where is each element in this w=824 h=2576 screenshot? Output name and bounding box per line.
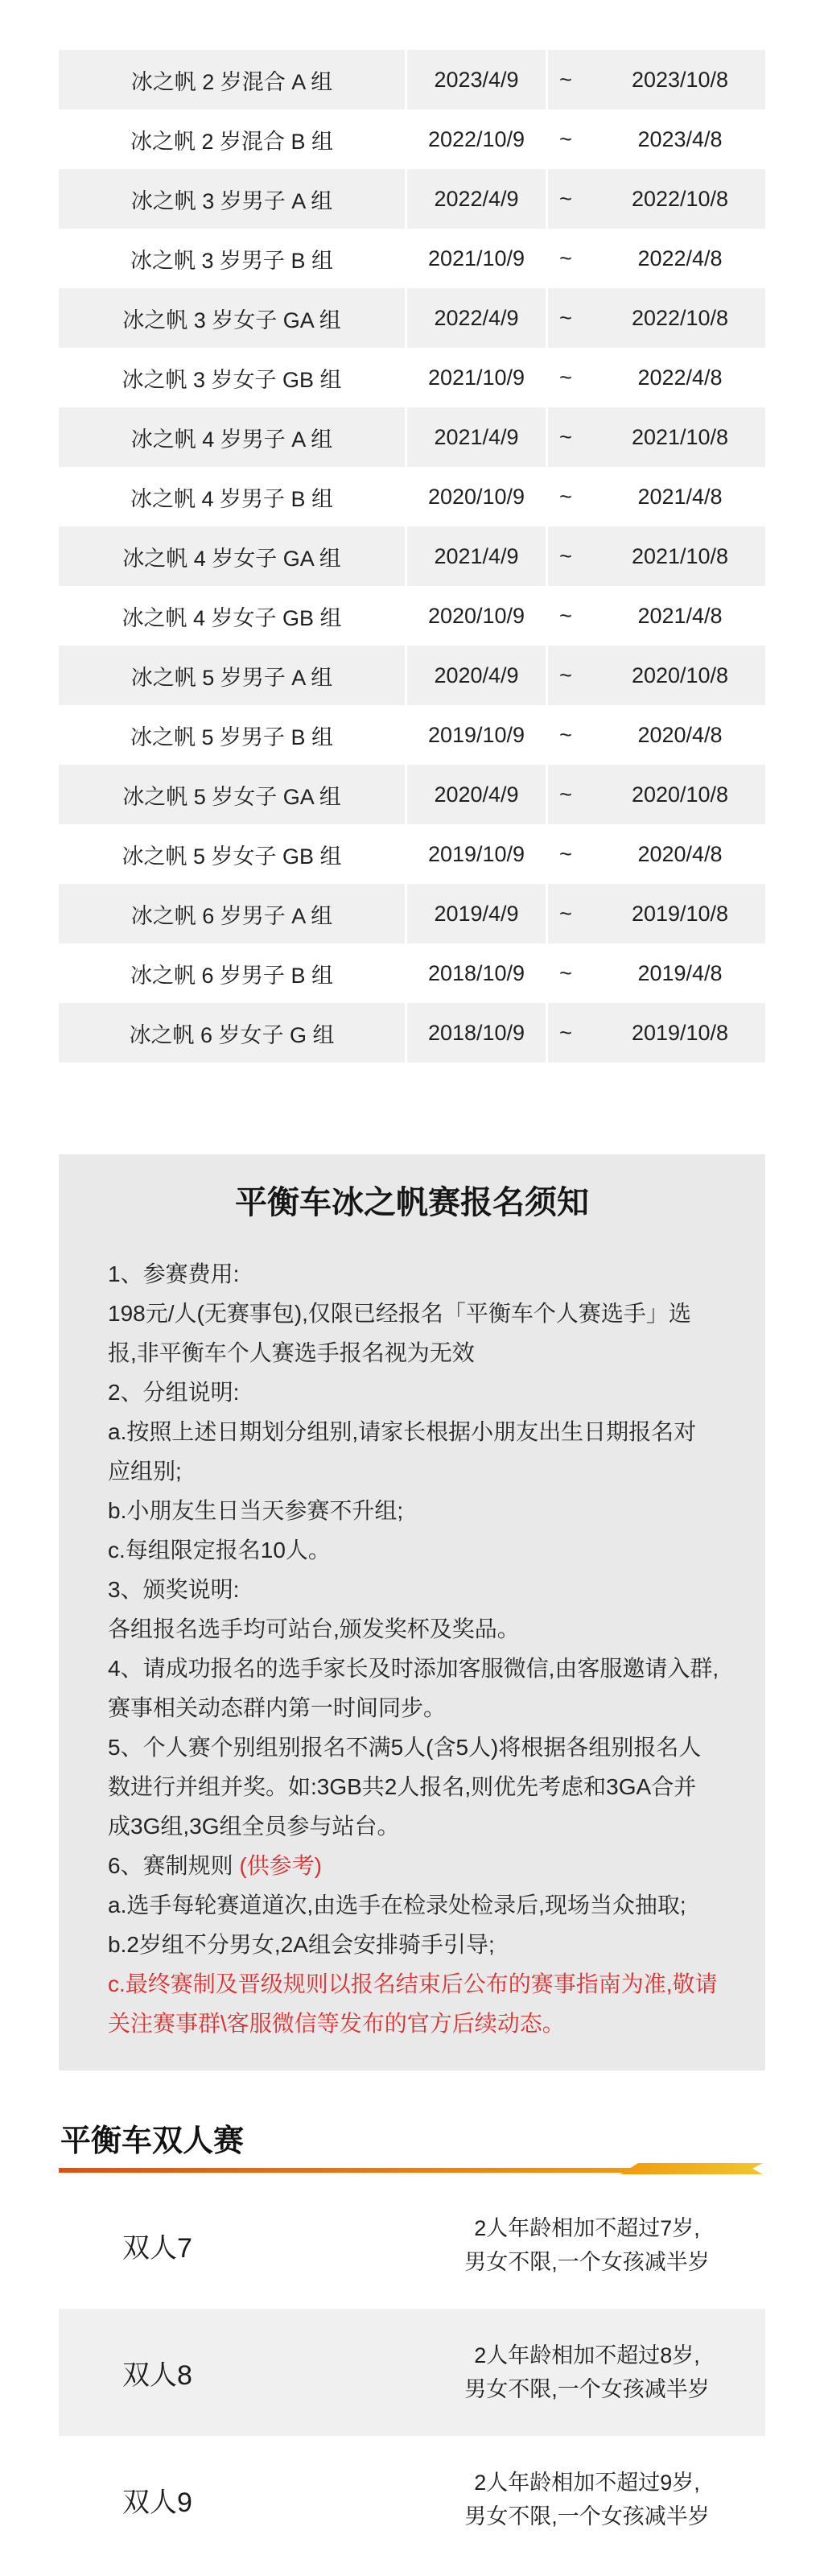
table-row: 冰之帆 3 岁男子 B 组 2021/10/9 ~ 2022/4/8 [59, 229, 765, 288]
date-range-tilde: ~ [548, 586, 583, 646]
notice-line-text: 报,非平衡车个人赛选手报名视为无效 [108, 1340, 475, 1365]
notice-line: 6、赛制规则 (供参考) [108, 1846, 716, 1885]
notice-line-red-text: c.最终赛制及晋级规则以报名结束后公布的赛事指南为准,敬请 [108, 1971, 718, 1996]
table-row: 冰之帆 3 岁女子 GA 组 2022/4/9 ~ 2022/10/8 [59, 288, 765, 348]
notice-line: 成3G组,3G组全员参与站台。 [108, 1806, 716, 1846]
notice-line-text: 数进行并组并奖。如:3GB共2人报名,则优先考虑和3GA合并 [108, 1774, 696, 1799]
notice-line-text: 2、分组说明: [108, 1380, 239, 1405]
notice-line-text: 198元/人(无赛事包),仅限已经报名「平衡车个人赛选手」选 [108, 1301, 691, 1326]
date-range-tilde: ~ [548, 705, 583, 765]
notice-box: 平衡车冰之帆赛报名须知 1、参赛费用:198元/人(无赛事包),仅限已经报名「平… [59, 1154, 765, 2070]
date-range-tilde: ~ [548, 407, 583, 467]
group-name-cell: 冰之帆 5 岁男子 A 组 [59, 646, 407, 705]
notice-line: 198元/人(无赛事包),仅限已经报名「平衡车个人赛选手」选 [108, 1294, 716, 1333]
date-range-tilde: ~ [548, 348, 583, 407]
notice-line-text: b.小朋友生日当天参赛不升组; [108, 1498, 403, 1523]
date-range-tilde: ~ [548, 1003, 583, 1063]
group-name-cell: 冰之帆 6 岁男子 A 组 [59, 884, 407, 943]
pair-race-rule: 2人年龄相加不超过8岁, 男女不限,一个女孩减半岁 [256, 2339, 765, 2406]
group-name-cell: 冰之帆 3 岁男子 A 组 [59, 169, 407, 229]
start-date-cell: 2019/10/9 [407, 705, 548, 765]
group-name-cell: 冰之帆 3 岁女子 GB 组 [59, 348, 407, 407]
start-date-cell: 2023/4/9 [407, 50, 548, 109]
pair-race-row: 双人7 2人年龄相加不超过7岁, 男女不限,一个女孩减半岁 [59, 2182, 765, 2309]
pair-race-rule: 2人年龄相加不超过9岁, 男女不限,一个女孩减半岁 [256, 2466, 765, 2533]
table-row: 冰之帆 5 岁男子 A 组 2020/4/9 ~ 2020/10/8 [59, 646, 765, 705]
start-date-cell: 2021/10/9 [407, 229, 548, 288]
notice-line: 5、个人赛个别组别报名不满5人(含5人)将根据各组别报名人 [108, 1728, 716, 1767]
group-name-cell: 冰之帆 4 岁男子 A 组 [59, 407, 407, 467]
start-date-cell: 2019/4/9 [407, 884, 548, 943]
date-range-tilde: ~ [548, 824, 583, 884]
end-date-cell: 2021/10/8 [583, 407, 765, 467]
notice-line: 4、请成功报名的选手家长及时添加客服微信,由客服邀请入群, [108, 1649, 716, 1688]
start-date-cell: 2022/4/9 [407, 169, 548, 229]
pair-rule-line1: 2人年龄相加不超过9岁, [409, 2466, 765, 2500]
group-name-cell: 冰之帆 5 岁女子 GA 组 [59, 765, 407, 824]
start-date-cell: 2019/10/9 [407, 824, 548, 884]
table-row: 冰之帆 6 岁男子 B 组 2018/10/9 ~ 2019/4/8 [59, 943, 765, 1003]
pairs-section-title: 平衡车双人赛 [60, 2124, 244, 2159]
group-name-cell: 冰之帆 2 岁混合 A 组 [59, 50, 407, 109]
group-name-cell: 冰之帆 3 岁女子 GA 组 [59, 288, 407, 348]
notice-line-text: b.2岁组不分男女,2A组会安排骑手引导; [108, 1932, 495, 1957]
pairs-table: 双人7 2人年龄相加不超过7岁, 男女不限,一个女孩减半岁 双人8 2人年龄相加… [59, 2182, 765, 2563]
table-row: 冰之帆 5 岁男子 B 组 2019/10/9 ~ 2020/4/8 [59, 705, 765, 765]
end-date-cell: 2021/4/8 [583, 467, 765, 526]
end-date-cell: 2020/4/8 [583, 824, 765, 884]
end-date-cell: 2020/4/8 [583, 705, 765, 765]
end-date-cell: 2022/10/8 [583, 288, 765, 348]
date-range-tilde: ~ [548, 229, 583, 288]
date-range-tilde: ~ [548, 646, 583, 705]
page-root: 冰之帆 2 岁混合 A 组 2023/4/9 ~ 2023/10/8 冰之帆 2… [0, 0, 824, 2576]
end-date-cell: 2019/4/8 [583, 943, 765, 1003]
notice-line-text: 1、参赛费用: [108, 1261, 239, 1286]
start-date-cell: 2020/4/9 [407, 646, 548, 705]
table-row: 冰之帆 4 岁男子 A 组 2021/4/9 ~ 2021/10/8 [59, 407, 765, 467]
start-date-cell: 2022/10/9 [407, 109, 548, 169]
group-name-cell: 冰之帆 4 岁女子 GB 组 [59, 586, 407, 646]
start-date-cell: 2021/10/9 [407, 348, 548, 407]
table-row: 冰之帆 5 岁女子 GB 组 2019/10/9 ~ 2020/4/8 [59, 824, 765, 884]
notice-line-text: a.选手每轮赛道道次,由选手在检录处检录后,现场当众抽取; [108, 1893, 686, 1918]
end-date-cell: 2020/10/8 [583, 646, 765, 705]
notice-line-red-text: (供参考) [239, 1853, 322, 1878]
group-name-cell: 冰之帆 5 岁男子 B 组 [59, 705, 407, 765]
age-group-table: 冰之帆 2 岁混合 A 组 2023/4/9 ~ 2023/10/8 冰之帆 2… [59, 50, 765, 1063]
notice-line: 报,非平衡车个人赛选手报名视为无效 [108, 1333, 716, 1373]
notice-line-text: 赛事相关动态群内第一时间同步。 [108, 1695, 446, 1720]
end-date-cell: 2022/4/8 [583, 229, 765, 288]
end-date-cell: 2023/10/8 [583, 50, 765, 109]
notice-line-red-text: 关注赛事群\客服微信等发布的官方后续动态。 [108, 2011, 565, 2036]
table-row: 冰之帆 3 岁男子 A 组 2022/4/9 ~ 2022/10/8 [59, 169, 765, 229]
group-name-cell: 冰之帆 6 岁男子 B 组 [59, 943, 407, 1003]
date-range-tilde: ~ [548, 467, 583, 526]
table-row: 冰之帆 4 岁女子 GB 组 2020/10/9 ~ 2021/4/8 [59, 586, 765, 646]
start-date-cell: 2020/10/9 [407, 467, 548, 526]
notice-line: 关注赛事群\客服微信等发布的官方后续动态。 [108, 2004, 716, 2043]
notice-line-text: 应组别; [108, 1459, 182, 1484]
end-date-cell: 2019/10/8 [583, 1003, 765, 1063]
notice-line: 赛事相关动态群内第一时间同步。 [108, 1688, 716, 1728]
notice-line-text: 4、请成功报名的选手家长及时添加客服微信,由客服邀请入群, [108, 1656, 719, 1681]
notice-line: 各组报名选手均可站台,颁发奖杯及奖品。 [108, 1609, 716, 1649]
group-name-cell: 冰之帆 2 岁混合 B 组 [59, 109, 407, 169]
pair-race-label: 双人9 [59, 2480, 256, 2520]
date-range-tilde: ~ [548, 765, 583, 824]
end-date-cell: 2021/10/8 [583, 526, 765, 586]
end-date-cell: 2019/10/8 [583, 884, 765, 943]
notice-title: 平衡车冰之帆赛报名须知 [108, 1183, 716, 1222]
notice-line: c.最终赛制及晋级规则以报名结束后公布的赛事指南为准,敬请 [108, 1964, 716, 2004]
bar-thin-segment [59, 2168, 636, 2173]
pair-rule-line1: 2人年龄相加不超过7岁, [409, 2211, 765, 2245]
notice-line: 数进行并组并奖。如:3GB共2人报名,则优先考虑和3GA合并 [108, 1767, 716, 1806]
table-row: 冰之帆 6 岁女子 G 组 2018/10/9 ~ 2019/10/8 [59, 1003, 765, 1063]
end-date-cell: 2022/4/8 [583, 348, 765, 407]
notice-line-text: 成3G组,3G组全员参与站台。 [108, 1814, 399, 1839]
group-name-cell: 冰之帆 4 岁男子 B 组 [59, 467, 407, 526]
start-date-cell: 2020/10/9 [407, 586, 548, 646]
end-date-cell: 2023/4/8 [583, 109, 765, 169]
end-date-cell: 2020/10/8 [583, 765, 765, 824]
table-row: 冰之帆 4 岁女子 GA 组 2021/4/9 ~ 2021/10/8 [59, 526, 765, 586]
group-name-cell: 冰之帆 3 岁男子 B 组 [59, 229, 407, 288]
date-range-tilde: ~ [548, 288, 583, 348]
group-name-cell: 冰之帆 4 岁女子 GA 组 [59, 526, 407, 586]
pair-rule-line2: 男女不限,一个女孩减半岁 [409, 2245, 765, 2279]
pair-race-row: 双人9 2人年龄相加不超过9岁, 男女不限,一个女孩减半岁 [59, 2436, 765, 2563]
table-row: 冰之帆 3 岁女子 GB 组 2021/10/9 ~ 2022/4/8 [59, 348, 765, 407]
table-row: 冰之帆 2 岁混合 A 组 2023/4/9 ~ 2023/10/8 [59, 50, 765, 109]
date-range-tilde: ~ [548, 526, 583, 586]
pair-rule-line1: 2人年龄相加不超过8岁, [409, 2339, 765, 2372]
table-row: 冰之帆 4 岁男子 B 组 2020/10/9 ~ 2021/4/8 [59, 467, 765, 526]
section-underline-bar [59, 2163, 763, 2174]
date-range-tilde: ~ [548, 50, 583, 109]
pair-race-row: 双人8 2人年龄相加不超过8岁, 男女不限,一个女孩减半岁 [59, 2309, 765, 2436]
notice-line: c.每组限定报名10人。 [108, 1530, 716, 1570]
date-range-tilde: ~ [548, 884, 583, 943]
date-range-tilde: ~ [548, 943, 583, 1003]
notice-line: 1、参赛费用: [108, 1254, 716, 1294]
notice-lines: 1、参赛费用:198元/人(无赛事包),仅限已经报名「平衡车个人赛选手」选报,非… [108, 1254, 716, 2043]
end-date-cell: 2021/4/8 [583, 586, 765, 646]
start-date-cell: 2021/4/9 [407, 526, 548, 586]
date-range-tilde: ~ [548, 169, 583, 229]
start-date-cell: 2018/10/9 [407, 943, 548, 1003]
notice-line-text: c.每组限定报名10人。 [108, 1538, 331, 1563]
start-date-cell: 2022/4/9 [407, 288, 548, 348]
notice-line-text: 6、赛制规则 [108, 1853, 239, 1878]
notice-line: a.选手每轮赛道道次,由选手在检录处检录后,现场当众抽取; [108, 1885, 716, 1925]
group-name-cell: 冰之帆 5 岁女子 GB 组 [59, 824, 407, 884]
pair-race-label: 双人8 [59, 2353, 256, 2392]
start-date-cell: 2020/4/9 [407, 765, 548, 824]
bar-thick-segment [620, 2163, 763, 2174]
notice-line: 2、分组说明: [108, 1373, 716, 1412]
pair-rule-line2: 男女不限,一个女孩减半岁 [409, 2500, 765, 2533]
date-range-tilde: ~ [548, 109, 583, 169]
pair-rule-line2: 男女不限,一个女孩减半岁 [409, 2372, 765, 2406]
start-date-cell: 2021/4/9 [407, 407, 548, 467]
notice-line: b.2岁组不分男女,2A组会安排骑手引导; [108, 1925, 716, 1964]
table-row: 冰之帆 5 岁女子 GA 组 2020/4/9 ~ 2020/10/8 [59, 765, 765, 824]
notice-line-text: 各组报名选手均可站台,颁发奖杯及奖品。 [108, 1616, 520, 1641]
notice-line-text: 3、颁奖说明: [108, 1577, 239, 1602]
notice-line: a.按照上述日期划分组别,请家长根据小朋友出生日期报名对 [108, 1412, 716, 1451]
pair-race-rule: 2人年龄相加不超过7岁, 男女不限,一个女孩减半岁 [256, 2211, 765, 2279]
start-date-cell: 2018/10/9 [407, 1003, 548, 1063]
notice-line: 3、颁奖说明: [108, 1570, 716, 1609]
group-name-cell: 冰之帆 6 岁女子 G 组 [59, 1003, 407, 1063]
notice-line: 应组别; [108, 1451, 716, 1491]
table-row: 冰之帆 6 岁男子 A 组 2019/4/9 ~ 2019/10/8 [59, 884, 765, 943]
notice-line-text: a.按照上述日期划分组别,请家长根据小朋友出生日期报名对 [108, 1419, 696, 1444]
pair-race-label: 双人7 [59, 2226, 256, 2265]
end-date-cell: 2022/10/8 [583, 169, 765, 229]
notice-line: b.小朋友生日当天参赛不升组; [108, 1491, 716, 1530]
notice-line-text: 5、个人赛个别组别报名不满5人(含5人)将根据各组别报名人 [108, 1735, 701, 1760]
table-row: 冰之帆 2 岁混合 B 组 2022/10/9 ~ 2023/4/8 [59, 109, 765, 169]
